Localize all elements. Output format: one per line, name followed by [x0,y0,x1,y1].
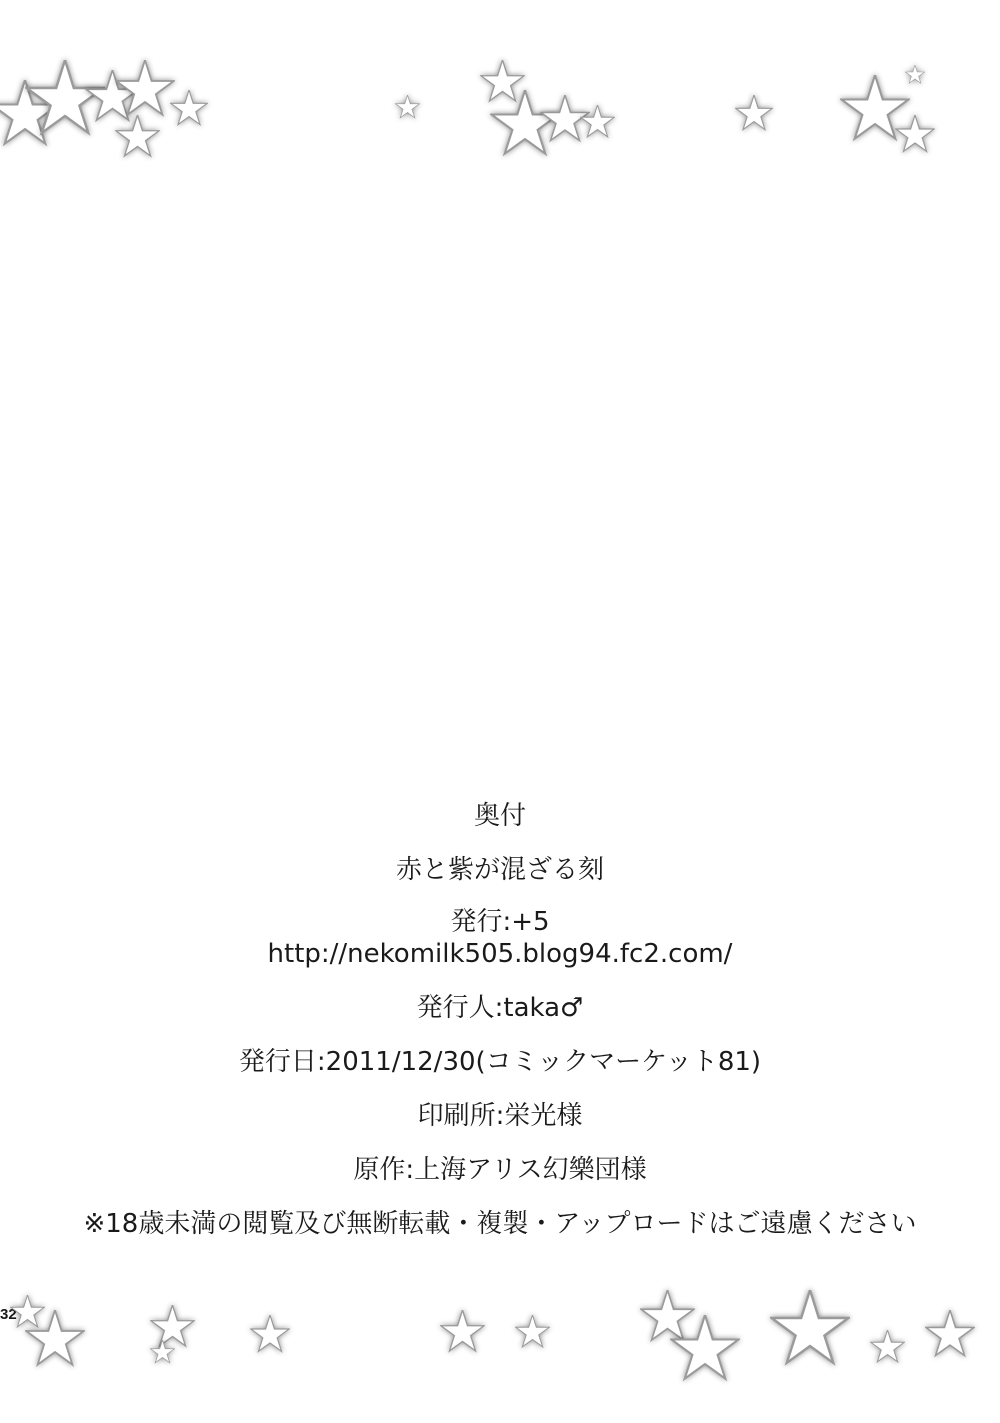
star-icon [440,1310,485,1355]
original-work: 原作:上海アリス幻樂団様 [0,1154,1000,1186]
publisher: 発行:+5 [0,906,1000,938]
star-icon [115,60,175,120]
bottom-star-border [0,1270,1000,1410]
colophon: 奥付 赤と紫が混ざる刻 発行:+5 http://nekomilk505.blo… [0,800,1000,1240]
star-icon [670,1315,740,1385]
star-icon [580,105,615,140]
star-icon [150,1340,175,1365]
star-icon [250,1315,290,1355]
star-icon [735,95,773,133]
star-icon [170,90,208,128]
star-icon [395,95,420,120]
publish-date: 発行日:2011/12/30(コミックマーケット81) [0,1046,1000,1078]
top-star-border [0,40,1000,180]
age-notice: ※18歳未満の閲覧及び無断転載・複製・アップロードはご遠慮ください [0,1208,1000,1240]
star-icon [925,1310,975,1360]
star-icon [770,1290,850,1370]
colophon-heading: 奥付 [0,800,1000,832]
star-icon [115,115,160,160]
star-icon [905,65,925,85]
book-title: 赤と紫が混ざる刻 [0,854,1000,886]
star-icon [870,1330,905,1365]
publisher-url: http://nekomilk505.blog94.fc2.com/ [0,938,1000,970]
star-icon [25,1310,85,1370]
star-icon [895,115,935,155]
star-icon [515,1315,550,1350]
printer: 印刷所:栄光様 [0,1100,1000,1132]
publisher-person: 発行人:taka♂ [0,992,1000,1024]
